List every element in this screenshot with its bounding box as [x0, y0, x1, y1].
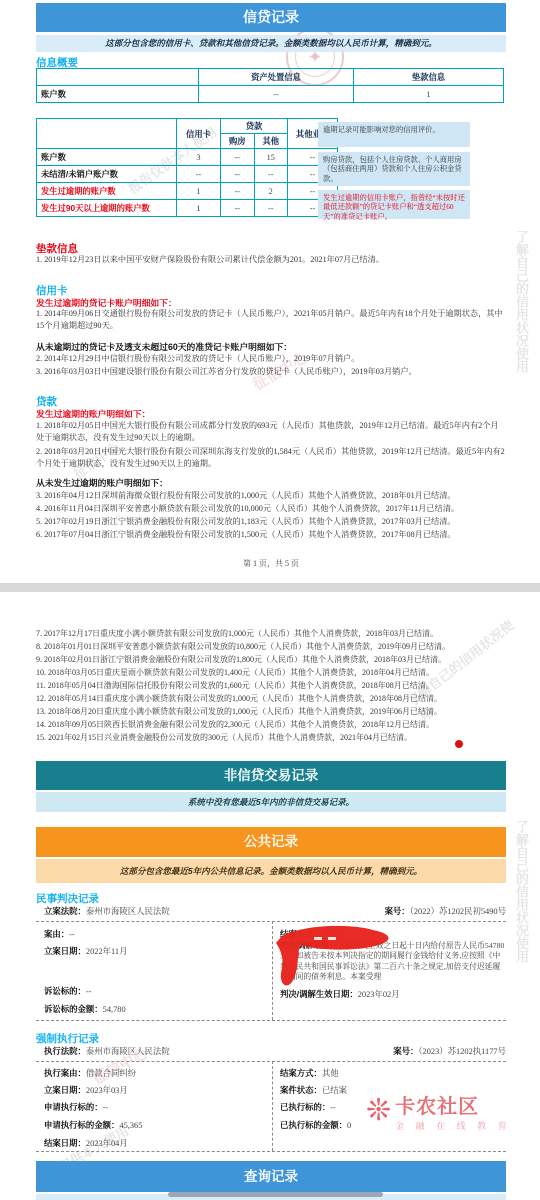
enforcement-cause-field: 执行案由：借款合同纠纷	[44, 1067, 136, 1079]
cell: 2	[254, 183, 288, 200]
cell: --	[221, 166, 255, 183]
field-value: 泰州市海陵区人民法院	[86, 1047, 170, 1056]
accounts-col-house: 购房	[221, 134, 255, 149]
field-value: 0	[347, 1121, 351, 1130]
note-overdue-impact: 逾期记录可能影响对您的信用评价。	[318, 122, 470, 147]
accounts-row-overdue-90: 发生过90天以上逾期的账户数 1 -- -- --	[37, 200, 338, 217]
credit-card-clean-item: 3. 2016年03月03日中国建设银行股份有限公司江苏省分行发放的贷记卡（人民…	[36, 366, 417, 378]
field-value: 45,365	[119, 1121, 142, 1130]
loans-clean-item: 13. 2018年08月20日重庆度小满小额贷款有限公司发放的1,000元（人民…	[36, 705, 506, 718]
red-marker-scribble	[268, 922, 403, 992]
accounts-col-other: 其他	[254, 134, 288, 149]
enforcement-apply-subject-field: 申请执行标的：--	[44, 1101, 108, 1113]
field-label: 案件状态：	[280, 1085, 322, 1095]
enforcement-done-subject-field: 已执行标的：--	[280, 1101, 336, 1113]
field-label: 案由：	[44, 929, 69, 939]
loans-clean-item: 14. 2018年09月05日陕西长银消费金融有限公司发放的2,300元（人民币…	[36, 718, 506, 731]
field-value: 2022年11月	[86, 947, 128, 956]
loans-clean-item: 10. 2018年03月05日重庆星雨小额贷款有限公司发放的1,400元（人民币…	[36, 666, 506, 679]
cell: --	[221, 149, 255, 166]
field-value: --	[86, 987, 92, 996]
kanong-pinwheel-icon: ❊	[366, 1096, 391, 1126]
divider	[36, 1020, 506, 1021]
divider	[36, 1061, 506, 1062]
note-house-loan: 购房贷款，包括个人住房贷款、个人商用房（包括商住两用）贷款和个人住房公积金贷款。	[318, 152, 470, 186]
field-value: 其他	[322, 1069, 339, 1078]
civil-cause-field: 案由：--	[44, 928, 75, 940]
advance-item: 1. 2019年12月23日以来中国平安财产保险股份有限公司累计代偿金额为201…	[36, 254, 506, 266]
field-value: 已结案	[322, 1086, 347, 1095]
enforcement-court-field: 执行法院：泰州市海陵区人民法院	[44, 1045, 170, 1057]
civil-case-no-field: 案号：（2022）苏1202民初5490号	[385, 905, 506, 917]
row-label: 发生过90天以上逾期的账户数	[37, 200, 177, 217]
public-records-header: 公共记录	[36, 827, 506, 857]
loans-overdue-item: 2. 2018年03月20日中国光大银行股份有限公司深圳东海支行发放的1,584…	[36, 446, 506, 469]
overview-blank-header	[37, 69, 199, 86]
field-value: 借款合同纠纷	[86, 1069, 136, 1078]
accounts-row: 未结清/未销户账户数 -- -- -- --	[37, 166, 338, 183]
credit-records-header: 信贷记录	[36, 3, 506, 32]
overview-table: 资产处置信息 垫款信息 账户数 -- 1	[36, 68, 504, 103]
field-label: 申请执行标的金额：	[44, 1120, 119, 1130]
loans-clean-item: 8. 2018年01月01日深圳平安普惠小额贷款有限公司发放的10,800元（人…	[36, 640, 506, 653]
watermark-text: 了解自己的信用状况使用	[512, 820, 531, 963]
overview-row-label: 账户数	[37, 86, 199, 103]
loans-clean-item: 11. 2018年05月04日渤海国际信托股份有限公司发放的1,600元（人民币…	[36, 679, 506, 692]
credit-card-overdue-item: 1. 2014年09月06日交通银行股份有限公司发放的贷记卡（人民币账户），20…	[36, 308, 506, 331]
field-label: 申请执行标的：	[44, 1102, 103, 1112]
accounts-table: 信用卡 贷款 其他业务 购房 其他 账户数 3 -- 15 -- 未结清/未销户…	[36, 118, 338, 217]
field-label: 执行法院：	[44, 1046, 86, 1056]
non-credit-subtitle: 系统中没有您最近5年内的非信贷交易记录。	[36, 792, 506, 812]
civil-filing-date-field: 立案日期：2022年11月	[44, 945, 127, 957]
accounts-col-credit-card: 信用卡	[177, 119, 221, 149]
field-value: （2022）苏1202民初5490号	[410, 907, 506, 916]
divider	[272, 1061, 273, 1151]
page-number: 第 1 页，共 5 页	[36, 558, 506, 569]
field-value: 2023年03月	[86, 1086, 128, 1095]
cell: --	[254, 166, 288, 183]
overview-asset-value: --	[199, 86, 354, 103]
cell: --	[177, 166, 221, 183]
loans-clean-item: 15. 2021年02月15日兴业消费金融股份公司发放的300元（人民币）其他个…	[36, 731, 506, 744]
field-label: 诉讼标的：	[44, 986, 86, 996]
enforcement-apply-amount-field: 申请执行标的金额：45,365	[44, 1119, 142, 1131]
field-label: 结案方式：	[280, 1068, 322, 1078]
enforcement-close-type-field: 结案方式：其他	[280, 1067, 339, 1079]
field-value: 54,780	[103, 1005, 126, 1014]
field-label: 案号：	[385, 906, 410, 916]
cell: 15	[254, 149, 288, 166]
field-value: --	[69, 930, 75, 939]
field-value: （2023）苏1202执1177号	[418, 1047, 506, 1056]
cell: 1	[177, 183, 221, 200]
kanong-name: 卡农社区	[395, 1090, 511, 1119]
enforcement-filing-date-field: 立案日期：2023年03月	[44, 1084, 128, 1096]
kanong-slogan: 金 融 在 线 教 育	[395, 1119, 511, 1132]
field-label: 立案法院：	[44, 906, 86, 916]
row-label: 未结清/未销户账户数	[37, 166, 177, 183]
loans-clean-item: 6. 2017年07月04日浙江宁银消费金融股份有限公司发放的1,500元（人民…	[36, 529, 456, 541]
red-dot-annotation	[455, 740, 463, 748]
field-label: 案号：	[393, 1046, 418, 1056]
civil-subject-field: 诉讼标的：--	[44, 985, 91, 997]
accounts-row-overdue: 发生过逾期的账户数 1 -- 2 --	[37, 183, 338, 200]
overview-col-asset: 资产处置信息	[199, 69, 354, 86]
accounts-col-loan: 贷款	[221, 119, 288, 134]
field-value: 2023年04月	[86, 1139, 128, 1148]
field-value: --	[330, 1103, 336, 1112]
field-value: --	[103, 1103, 109, 1112]
row-label: 发生过逾期的账户数	[37, 183, 177, 200]
loans-overdue-item: 1. 2018年02月05日中国光大银行股份有限公司成都分行发放的693元（人民…	[36, 420, 506, 443]
civil-court-field: 立案法院：泰州市海陵区人民法院	[44, 905, 170, 917]
cell: --	[254, 200, 288, 217]
query-records-header: 查询记录	[36, 1161, 506, 1192]
field-label: 立案日期：	[44, 946, 86, 956]
field-value: 泰州市海陵区人民法院	[86, 907, 170, 916]
loans-clean-item: 7. 2017年12月17日重庆度小满小额贷款有限公司发放的1,000元（人民币…	[36, 627, 506, 640]
page-break-divider	[0, 583, 540, 592]
field-label: 已执行标的：	[280, 1102, 330, 1112]
credit-card-clean-heading: 从未逾期过的贷记卡及透支未超过60天的准贷记卡账户明细如下：	[36, 340, 292, 353]
note-overdue-card: 发生过逾期的信用卡账户，指曾经“未按时还最低还款额”的贷记卡账户和“透支超过60…	[318, 190, 470, 219]
loans-clean-heading: 从未发生过逾期的账户明细如下：	[36, 476, 168, 489]
cell: 1	[177, 200, 221, 217]
loans-clean-item: 5. 2017年02月19日浙江宁银消费金融股份有限公司发放的1,183元（人民…	[36, 516, 456, 528]
enforcement-close-date-field: 结案日期：2023年04月	[44, 1137, 128, 1149]
cell: 3	[177, 149, 221, 166]
public-records-subtitle: 这部分包含您最近5年内公共信息记录。金额类数据均以人民币计算，精确到元。	[36, 859, 506, 883]
credit-records-subtitle: 这部分包含您的信用卡、贷款和其他信贷记录。金额类数据均以人民币计算，精确到元。	[36, 35, 506, 52]
loans-clean-item: 12. 2018年05月14日重庆度小满小额贷款有限公司发放的1,000元（人民…	[36, 692, 506, 705]
accounts-blank-header	[37, 119, 177, 149]
field-label: 诉讼标的金额：	[44, 1004, 103, 1014]
overview-col-advance: 垫款信息	[354, 69, 504, 86]
overview-advance-value: 1	[354, 86, 504, 103]
divider	[36, 1151, 506, 1152]
cell: --	[221, 200, 255, 217]
enforcement-status-field: 案件状态：已结案	[280, 1084, 347, 1096]
watermark-text: 了解自己的信用状况使用	[512, 230, 531, 373]
enforcement-done-amount-field: 已执行标的金额：0	[280, 1119, 351, 1131]
kanong-logo: ❊ 卡农社区 金 融 在 线 教 育	[366, 1090, 511, 1132]
loans-clean-item: 3. 2016年04月12日深圳前海微众银行股份有限公司发放的1,000元（人民…	[36, 490, 456, 502]
loans-clean-list-page2: 7. 2017年12月17日重庆度小满小额贷款有限公司发放的1,000元（人民币…	[36, 627, 506, 744]
loans-overdue-heading: 发生过逾期的账户明细如下：	[36, 407, 150, 420]
enforcement-case-no-field: 案号：（2023）苏1202执1177号	[393, 1045, 506, 1057]
field-label: 立案日期：	[44, 1085, 86, 1095]
loans-clean-item: 4. 2016年11月04日深圳平安普惠小额贷款有限公司发放的10,000元（人…	[36, 503, 459, 515]
accounts-row: 账户数 3 -- 15 --	[37, 149, 338, 166]
civil-amount-field: 诉讼标的金额：54,780	[44, 1003, 126, 1015]
non-credit-header: 非信贷交易记录	[36, 761, 506, 790]
credit-card-clean-item: 2. 2014年12月29日中信银行股份有限公司发放的贷记卡（人民币账户），20…	[36, 353, 359, 365]
credit-report-page: ✦ 报告仅供本人使用 征信中心 了解自己的信用状况使用 征信中心 了解自己的信用…	[0, 0, 540, 1200]
field-label: 已执行标的金额：	[280, 1120, 347, 1130]
loans-clean-item: 9. 2018年02月01日浙江宁银消费金融股份有限公司发放的1,800元（人民…	[36, 653, 506, 666]
cell: --	[221, 183, 255, 200]
field-label: 执行案由：	[44, 1068, 86, 1078]
horizontal-scrollbar-thumb[interactable]	[168, 1192, 383, 1197]
field-label: 结案日期：	[44, 1138, 86, 1148]
row-label: 账户数	[37, 149, 177, 166]
